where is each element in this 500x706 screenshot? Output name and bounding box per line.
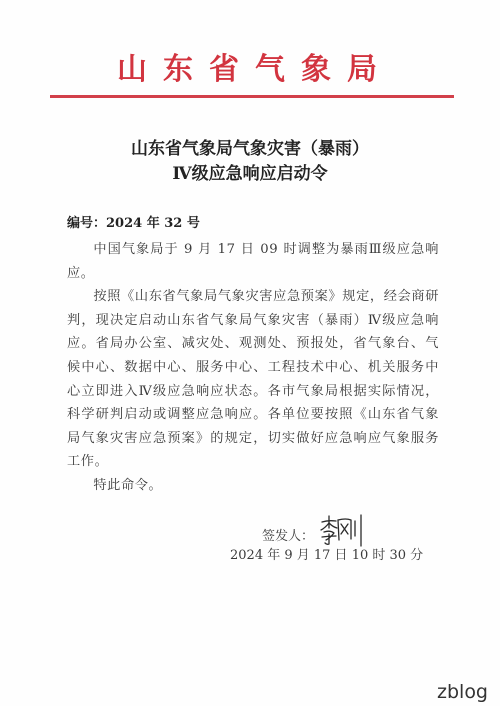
- body-paragraph: 中国气象局于 9 月 17 日 09 时调整为暴雨Ⅲ级应急响应。: [67, 238, 439, 285]
- document-title: 山东省气象局气象灾害（暴雨） Ⅳ级应急响应启动令: [0, 137, 500, 187]
- watermark-text: zblog: [437, 680, 488, 704]
- document-title-line-1: 山东省气象局气象灾害（暴雨）: [0, 137, 500, 162]
- handwritten-signature-icon: [318, 512, 366, 548]
- document-title-line-2: Ⅳ级应急响应启动令: [0, 162, 500, 187]
- signer-label: 签发人：: [262, 520, 314, 548]
- body-paragraph: 特此命令。: [67, 474, 439, 498]
- signing-date: 2024 年 9 月 17 日 10 时 30 分: [230, 547, 423, 565]
- document-number: 编号：2024 年 32 号: [67, 215, 200, 233]
- body-paragraph: 按照《山东省气象局气象灾害应急预案》规定，经会商研判，现决定启动山东省气象局气象…: [67, 285, 439, 474]
- document-body: 中国气象局于 9 月 17 日 09 时调整为暴雨Ⅲ级应急响应。 按照《山东省气…: [67, 238, 439, 498]
- masthead-red-rule: [50, 95, 454, 98]
- masthead-organization-name: 山东省气象局: [0, 50, 500, 90]
- document-page: 山东省气象局 山东省气象局气象灾害（暴雨） Ⅳ级应急响应启动令 编号：2024 …: [0, 0, 500, 706]
